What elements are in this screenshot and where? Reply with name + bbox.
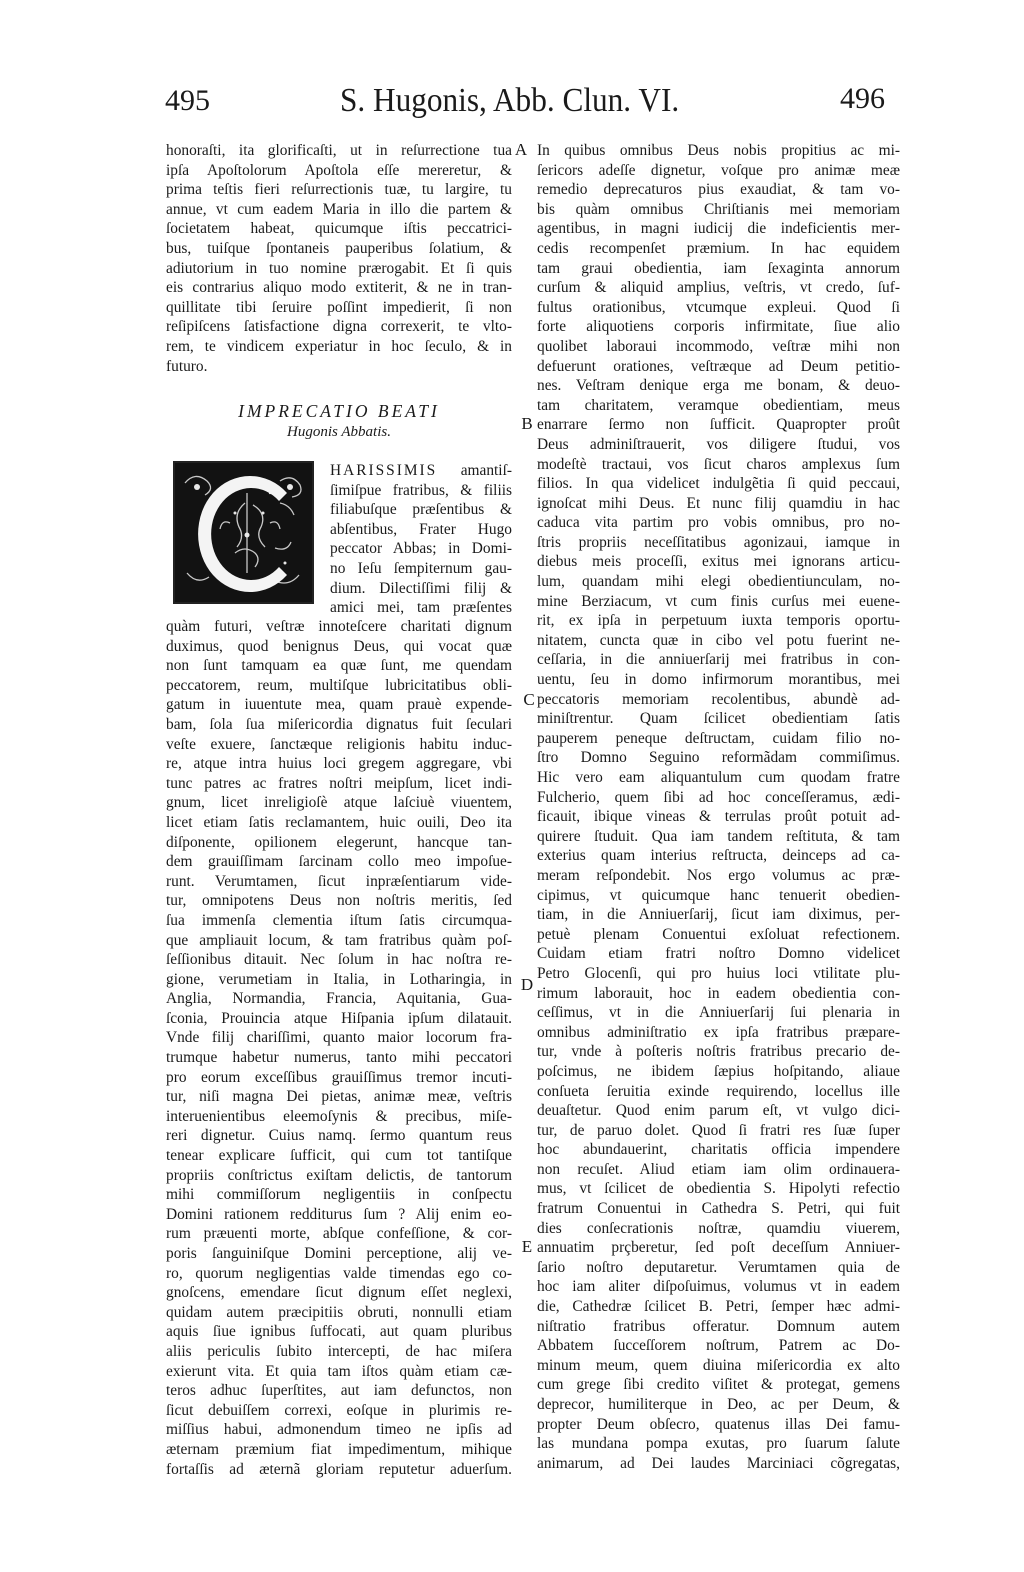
text-line: hoc abundauerint, charitatis officia imp… <box>537 1140 900 1160</box>
text-line: niſtratio fratribus offeratur. Domnum au… <box>537 1317 900 1337</box>
text-line: ſicut debuiſſem correxi, eoſque in pluri… <box>166 1401 512 1421</box>
text-line: quàm futuri, veſtræ innoteſcere charitat… <box>166 617 512 637</box>
text-line: veſte exuere, ſanctæque religionis habit… <box>166 735 512 755</box>
text-line: quirere ſtuduit. Qua iam tandem reſtitut… <box>537 827 900 847</box>
ornament-icon <box>175 463 312 602</box>
text-line: dem grauiſſimam ſarcinam collo meo impoſ… <box>166 852 512 872</box>
text-line: cipimus, vt quicumque hanc tenuerit obed… <box>537 886 900 906</box>
text-line: duximus, quod benignus Deus, qui vocat q… <box>166 637 512 657</box>
text-line: caduca vita partim pro vobis omnibus, pr… <box>537 513 900 533</box>
text-line: Vnde filij chariſſimi, quanto maior loco… <box>166 1028 512 1048</box>
text-line: reſipiſcens ſatisfactione digna correxer… <box>166 317 512 337</box>
text-line: æternam præmium fiat impedimentum, mihiq… <box>166 1440 512 1460</box>
text-line: ceſſaria, in die anniuerſarij mei fratri… <box>537 650 900 670</box>
text-line: nes. Veſtram denique erga me bonam, & de… <box>537 376 900 396</box>
text-line: Hic vero eam aliquantulum cum quodam fra… <box>537 768 900 788</box>
running-title: S. Hugonis, Abb. Clun. VI. <box>340 82 679 120</box>
text-line: meram reſpondebit. Nos ergo volumus ac p… <box>537 866 900 886</box>
text-line: pauperem peneque deſtructam, cuidam fili… <box>537 729 900 749</box>
text-line: minum meum, quem diuina miſericordia ex … <box>537 1356 900 1376</box>
text-line: gnoſcens, emendare ſicut dignum eſſet ne… <box>166 1283 512 1303</box>
text-line: tam graui obedientia, iam ſexaginta anno… <box>537 259 900 279</box>
text-line: bam, ſola ſua miſericordia dignatus fuit… <box>166 715 512 735</box>
text-line: diebus meis proceſſi, exitus mei ignoran… <box>537 552 900 572</box>
text-line: diſponente, opilionem elegerunt, hancque… <box>166 833 512 853</box>
text-line: propter Deum obſecro, quatenus illas Dei… <box>537 1415 900 1435</box>
text-line: pro eorum exceſſibus grauiſſimus tremor … <box>166 1068 512 1088</box>
text-line: tunc patres ac fratres noſtri meipſum, l… <box>166 774 512 794</box>
text-line: ſocietatem habeat, quicumque iſtis pecca… <box>166 219 512 239</box>
text-line: tam charitatem, veramque obedientiam, me… <box>537 396 900 416</box>
text-line: teros adhuc ſuperſtites, aut iam defunct… <box>166 1381 512 1401</box>
text-line: interuenientibus eleemoſynis & precibus,… <box>166 1107 512 1127</box>
text-line: bus, tuiſque ſpontaneis pauperibus ſolat… <box>166 239 512 259</box>
text-line: rit, ex ipſa in perpetuum iuxta temporis… <box>537 611 900 631</box>
text-line: que ampliauit locum, & tam fratribus quà… <box>166 931 512 951</box>
text-line: cum grege ſibi credito viſitet & protega… <box>537 1375 900 1395</box>
text-line: las mundana pompa exutas, pro ſuarum ſal… <box>537 1434 900 1454</box>
text-line: quolibet laboraui incommodo, veſtræ mihi… <box>537 337 900 357</box>
text-line: filiabuſque præſentibus & <box>330 500 512 520</box>
text-line: mus, vt ſcilicet de obedientia S. Hipoly… <box>537 1179 900 1199</box>
text-line: abſentibus, Frater Hugo <box>330 520 512 540</box>
text-line: mine Berziacum, vt cum finis curſus mei … <box>537 592 900 612</box>
text-line: miſſius habui, admonendum timeo ne ipſis… <box>166 1420 512 1440</box>
margin-marker-b: B <box>520 414 534 434</box>
text-line: annue, vt cum eadem Maria in illo die pa… <box>166 200 512 220</box>
text-line: aquis ſiue ignibus ſuffocati, aut quam p… <box>166 1322 512 1342</box>
text-line: forte aliquotiens corporis infirmitate, … <box>537 317 900 337</box>
text-line: Domini rationem redditurus ſum ? Alij en… <box>166 1205 512 1225</box>
text-line: aliis periculis ſubito intercepti, de ha… <box>166 1342 512 1362</box>
text-line: ficauit, ibique vineas & terrulas proût … <box>537 807 900 827</box>
text-line: rimum laborauit, hoc in eadem obedientia… <box>537 984 900 1004</box>
text-line: ipſa Apoſtolorum Apoſtola eſſe mereretur… <box>166 161 512 181</box>
text-line: remedio deprecaturos pius exaudiat, & ta… <box>537 180 900 200</box>
text-line: enarrare ſermo non ſufficit. Quapropter … <box>537 415 900 435</box>
section-subtitle: Hugonis Abbatis. <box>166 422 512 442</box>
text-line: quidam autem præcipitiis obruti, nonnull… <box>166 1303 512 1323</box>
margin-marker-d: D <box>520 975 534 995</box>
text-line: fultus orationibus, vtcumque expleui. Qu… <box>537 298 900 318</box>
text-line: honoraſti, ita glorificaſti, ut in reſur… <box>166 141 512 161</box>
margin-marker-e: E <box>520 1237 534 1257</box>
text-line: agentibus, in magni iudicij die indefici… <box>537 219 900 239</box>
text-line: propriis conſtrictus exiſtam delictis, d… <box>166 1166 512 1186</box>
text-line: Cuidam etiam fratri noſtro Domno videlic… <box>537 944 900 964</box>
text-line: tenear explicare ſufficit, qui cum tot t… <box>166 1146 512 1166</box>
section-title: IMPRECATIO BEATI <box>166 400 512 422</box>
left-column-intro: honoraſti, ita glorificaſti, ut in reſur… <box>166 141 512 376</box>
text-line: annuatim prçberetur, ſed poſt deceſſum A… <box>537 1238 900 1258</box>
text-line: ſtro Domno Seguino reformãdam commiſimus… <box>537 748 900 768</box>
text-line: tiam, in die Anniuerſarij, ſicut iam dix… <box>537 905 900 925</box>
text-line: In quibus omnibus Deus nobis propitius a… <box>537 141 900 161</box>
text-line: gione, verumetiam in Italia, in Lotharin… <box>166 970 512 990</box>
text-line: ro, quorum negligentias valde timendas e… <box>166 1264 512 1284</box>
text-line: gnum, licet inreligioſè atque laſciuè vi… <box>166 793 512 813</box>
text-line: mihi commiſſorum negligentiis in conſpec… <box>166 1185 512 1205</box>
text-line: lum, quandam mihi elegi obedientiunculam… <box>537 572 900 592</box>
text-line: eis contrarius aliquo modo extiterit, & … <box>166 278 512 298</box>
text-line: bis quàm omnibus Chriſtianis mei memoria… <box>537 200 900 220</box>
text-line: trumque habetur numerus, tanto mihi pecc… <box>166 1048 512 1068</box>
text-line: futuro. <box>166 357 512 377</box>
text-line: tur, vnde à poſteris noſtris fratribus p… <box>537 1042 900 1062</box>
dropcap-adjacent-text: HARISSIMIS amantiſ- ſimiſpue fratribus, … <box>330 461 512 618</box>
right-column-body: In quibus omnibus Deus nobis propitius a… <box>537 141 900 1473</box>
text-line: poris ſanguiniſque Domini perceptione, a… <box>166 1244 512 1264</box>
text-line: animarum, ad Dei laudes Marciniaci cõgre… <box>537 1454 900 1474</box>
text-line: Deus adminiſtrauerit, vos diligere ſtudu… <box>537 435 900 455</box>
text-line: Anglia, Normandia, Francia, Aquitania, G… <box>166 989 512 1009</box>
text-line: re, atque intra huius loci gregem aggreg… <box>166 754 512 774</box>
text-line: fratrum Conuentui in Cathedra S. Petri, … <box>537 1199 900 1219</box>
text-line: exterius quam interius reſtructa, deince… <box>537 846 900 866</box>
text-line: prima teſtis fieri reſurrectionis tuæ, t… <box>166 180 512 200</box>
text-line: deuaſtetur. Quod enim parum eſt, vt vulg… <box>537 1101 900 1121</box>
text-line: dies conſecrationis noſtræ, quamdiu viue… <box>537 1219 900 1239</box>
dropcap-first-word: HARISSIMIS <box>330 462 437 479</box>
margin-marker-c: C <box>522 690 536 710</box>
text-line: non ſunt tamquam ea quæ ſunt, me quendam <box>166 656 512 676</box>
text-line: runt. Verumtamen, ſicut inpræſentiarum v… <box>166 872 512 892</box>
decorated-initial-c <box>173 461 314 604</box>
text-line: amici mei, tam præſentes <box>330 598 512 618</box>
text-line: filios. In qua videlicet indulgẽtia ſi q… <box>537 474 900 494</box>
text-line: peccatorem, reum, multiſque lubricitatib… <box>166 676 512 696</box>
text-line: ſtris propriis neceſſitatibus agonizaui,… <box>537 533 900 553</box>
text-line: ignoſcat mihi Deus. Et nunc filij quamdi… <box>537 494 900 514</box>
text-line: miniſtrentur. Quam ſcilicet obedientiam … <box>537 709 900 729</box>
text-line: hoc iam aliter diſpoſuimus, volumus vt i… <box>537 1277 900 1297</box>
text-line: non recuſet. Aliud etiam iam olim ordina… <box>537 1160 900 1180</box>
text-line: deprecor, humiliterque in Deo, ac per De… <box>537 1395 900 1415</box>
text-line: conſueta ſeruitia exinde requirendo, loc… <box>537 1082 900 1102</box>
text-line: peccatoris memoriam recolentibus, abundè… <box>537 690 900 710</box>
text-line: Petro Glocenſi, qui pro huius loci vtili… <box>537 964 900 984</box>
text-line: rem, te vindicem experiatur in hoc ſecul… <box>166 337 512 357</box>
text-line: omnibus adminiſtratio ex ipſa fratribus … <box>537 1023 900 1043</box>
text-line: rum præuenti morte, abſque confeſſione, … <box>166 1224 512 1244</box>
text-line: poſcimus, ne ibidem ſæpius hoſpitando, a… <box>537 1062 900 1082</box>
text-line: tur, de paruo dolet. Quod ſi fratri res … <box>537 1121 900 1141</box>
text-line: ſario noſtro deputaretur. Verumtamen qui… <box>537 1258 900 1278</box>
text-line: nitatem, cuncta quæ in cibo vel potu fue… <box>537 631 900 651</box>
text-line: no Ieſu ſempiternum gau- <box>330 559 512 579</box>
text-line: ſimiſpue fratribus, & filiis <box>330 481 512 501</box>
text-line: fortaſſis ad æternã gloriam reputetur ad… <box>166 1460 512 1480</box>
text-line: licet etiam ſatis reclamantem, huic ouil… <box>166 813 512 833</box>
left-column-body: quàm futuri, veſtræ innoteſcere charitat… <box>166 617 512 1479</box>
text-line: tur, omnipotens Deus non noſtris meritis… <box>166 891 512 911</box>
margin-marker-a: A <box>514 140 528 160</box>
text-line: ſericors adeſſe dignetur, voſque pro ani… <box>537 161 900 181</box>
text-line: curſum & aliquid amplius, veſtris, vt cr… <box>537 278 900 298</box>
text-line: exierunt vita. Et quia tam iſtos quàm et… <box>166 1362 512 1382</box>
text-line: Fulcherio, quem ſibi ad hoc conceſſeramu… <box>537 788 900 808</box>
text-line: dium. Dilectiſſimi filij & <box>330 579 512 599</box>
page-header: 495 S. Hugonis, Abb. Clun. VI. 496 <box>0 82 1024 132</box>
page-number-right: 496 <box>840 82 885 116</box>
text-line: reri dignetur. Cuius namq. ſermo quantum… <box>166 1126 512 1146</box>
text-line: cedis recompenſet præmium. In hac equide… <box>537 239 900 259</box>
text-line: ſconia, Prouincia atque Hiſpania ipſum d… <box>166 1009 512 1029</box>
text-line: peccator Abbas; in Domi- <box>330 539 512 559</box>
text-line: petuè plenam Conuentui exſoluat refectio… <box>537 925 900 945</box>
text-line: Abbatem ſucceſſorem noſtrum, Patrem ac D… <box>537 1336 900 1356</box>
text-line: defuerunt orationes, veſtræque ad Deum p… <box>537 357 900 377</box>
text-fragment: amantiſ- <box>461 462 512 479</box>
text-line: ceſſimus, vt in die Anniuerſarij ſui ple… <box>537 1003 900 1023</box>
section-heading: IMPRECATIO BEATI Hugonis Abbatis. <box>166 400 512 442</box>
page-number-left: 495 <box>165 84 210 118</box>
text-line: tur, niſi magna Dei pietas, animæ meæ, v… <box>166 1087 512 1107</box>
text-line: die, Cathedræ ſcilicet B. Petri, ſemper … <box>537 1297 900 1317</box>
text-line: gatum in iuuentute mea, quam prauè expen… <box>166 695 512 715</box>
text-line: quillitate tibi ſeruire poſſint impedier… <box>166 298 512 318</box>
text-line: ſeſſionibus ditauit. Nec ſolum in hac no… <box>166 950 512 970</box>
text-line: uentu, ſeu in domo infirmorum morantibus… <box>537 670 900 690</box>
text-line: adiutorium in tuo nomine prærogabit. Et … <box>166 259 512 279</box>
text-line: modeſtè tractaui, vos ſicut charos ample… <box>537 455 900 475</box>
text-line: ſua immenſa clementia iſtum ſatis circum… <box>166 911 512 931</box>
text-line: HARISSIMIS amantiſ- <box>330 461 512 481</box>
